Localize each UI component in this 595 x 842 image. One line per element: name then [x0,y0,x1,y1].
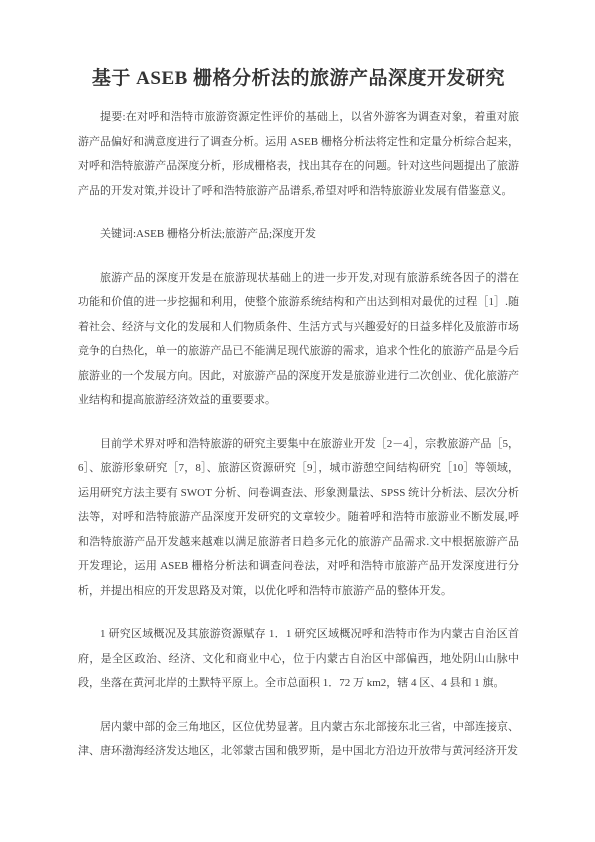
keywords-line: 关键词:ASEB 栅格分析法;旅游产品;深度开发 [78,222,519,247]
abstract-paragraph: 提要:在对呼和浩特市旅游资源定性评价的基础上，以省外游客为调查对象，着重对旅游产… [78,105,519,203]
body-paragraph-3: 1 研究区域概况及其旅游资源赋存 1．1 研究区域概况呼和浩特市作为内蒙古自治区… [78,622,519,696]
paper-title: 基于 ASEB 栅格分析法的旅游产品深度开发研究 [78,66,519,92]
document-page: 基于 ASEB 栅格分析法的旅游产品深度开发研究 提要:在对呼和浩特市旅游资源定… [0,0,595,842]
body-paragraph-4: 居内蒙中部的金三角地区，区位优势显著。且内蒙古东北部接东北三省，中部连接京、津、… [78,715,519,764]
body-paragraph-2: 目前学术界对呼和浩特旅游的研究主要集中在旅游业开发［2－4］，宗教旅游产品［5，… [78,432,519,604]
body-paragraph-1: 旅游产品的深度开发是在旅游现状基础上的进一步开发,对现有旅游系统各因子的潜在功能… [78,266,519,413]
